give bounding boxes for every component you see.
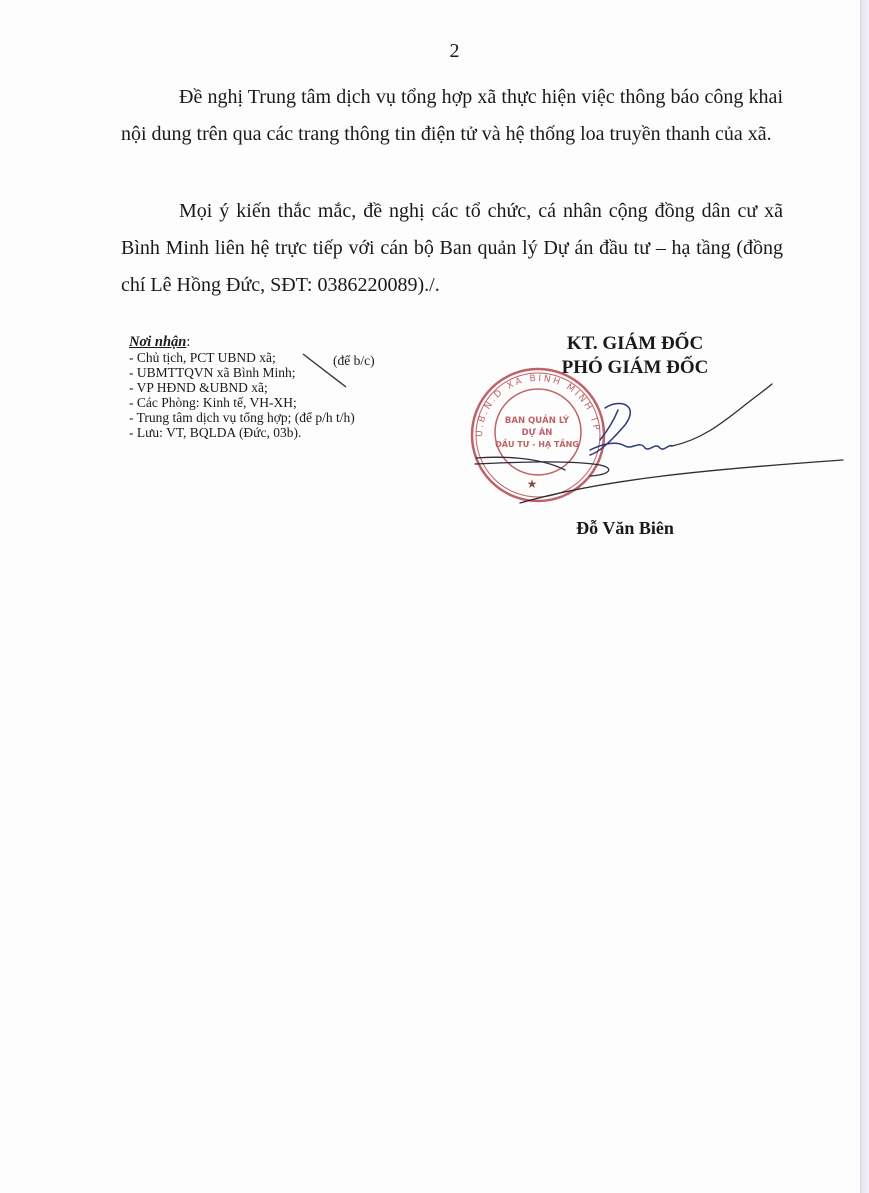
handwritten-signature xyxy=(0,0,869,1193)
signer-name: Đỗ Văn Biên xyxy=(540,518,710,539)
